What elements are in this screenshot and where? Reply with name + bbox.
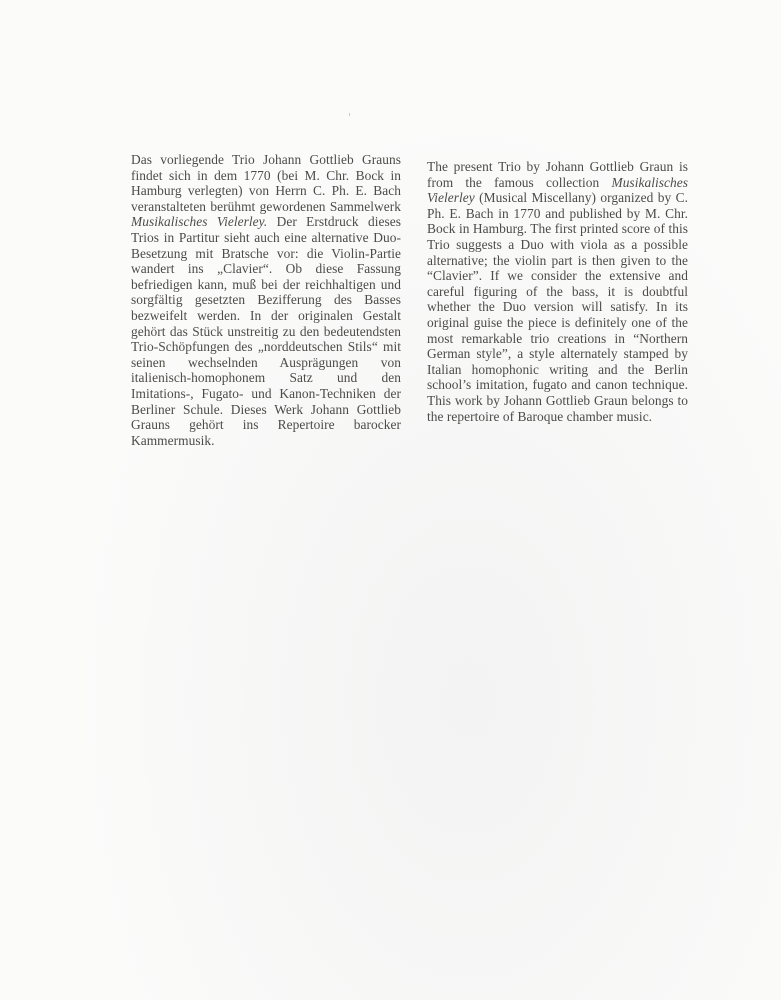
german-italic-title: Musikalisches Vielerley. [131, 214, 267, 229]
scan-speck [349, 113, 350, 116]
german-paragraph: Das vorliegende Trio Johann Gottlieb Gra… [131, 152, 401, 448]
document-page: Das vorliegende Trio Johann Gottlieb Gra… [0, 0, 781, 1000]
english-text-column: The present Trio by Johann Gottlieb Grau… [427, 159, 688, 424]
english-text-part2: (Musical Miscellany) organized by C. Ph.… [427, 190, 688, 423]
german-text-part1: Das vorliegende Trio Johann Gottlieb Gra… [131, 152, 401, 214]
german-text-part2: Der Erstdruck dieses Trios in Partitur s… [131, 214, 401, 447]
german-text-column: Das vorliegende Trio Johann Gottlieb Gra… [131, 152, 401, 448]
english-paragraph: The present Trio by Johann Gottlieb Grau… [427, 159, 688, 424]
